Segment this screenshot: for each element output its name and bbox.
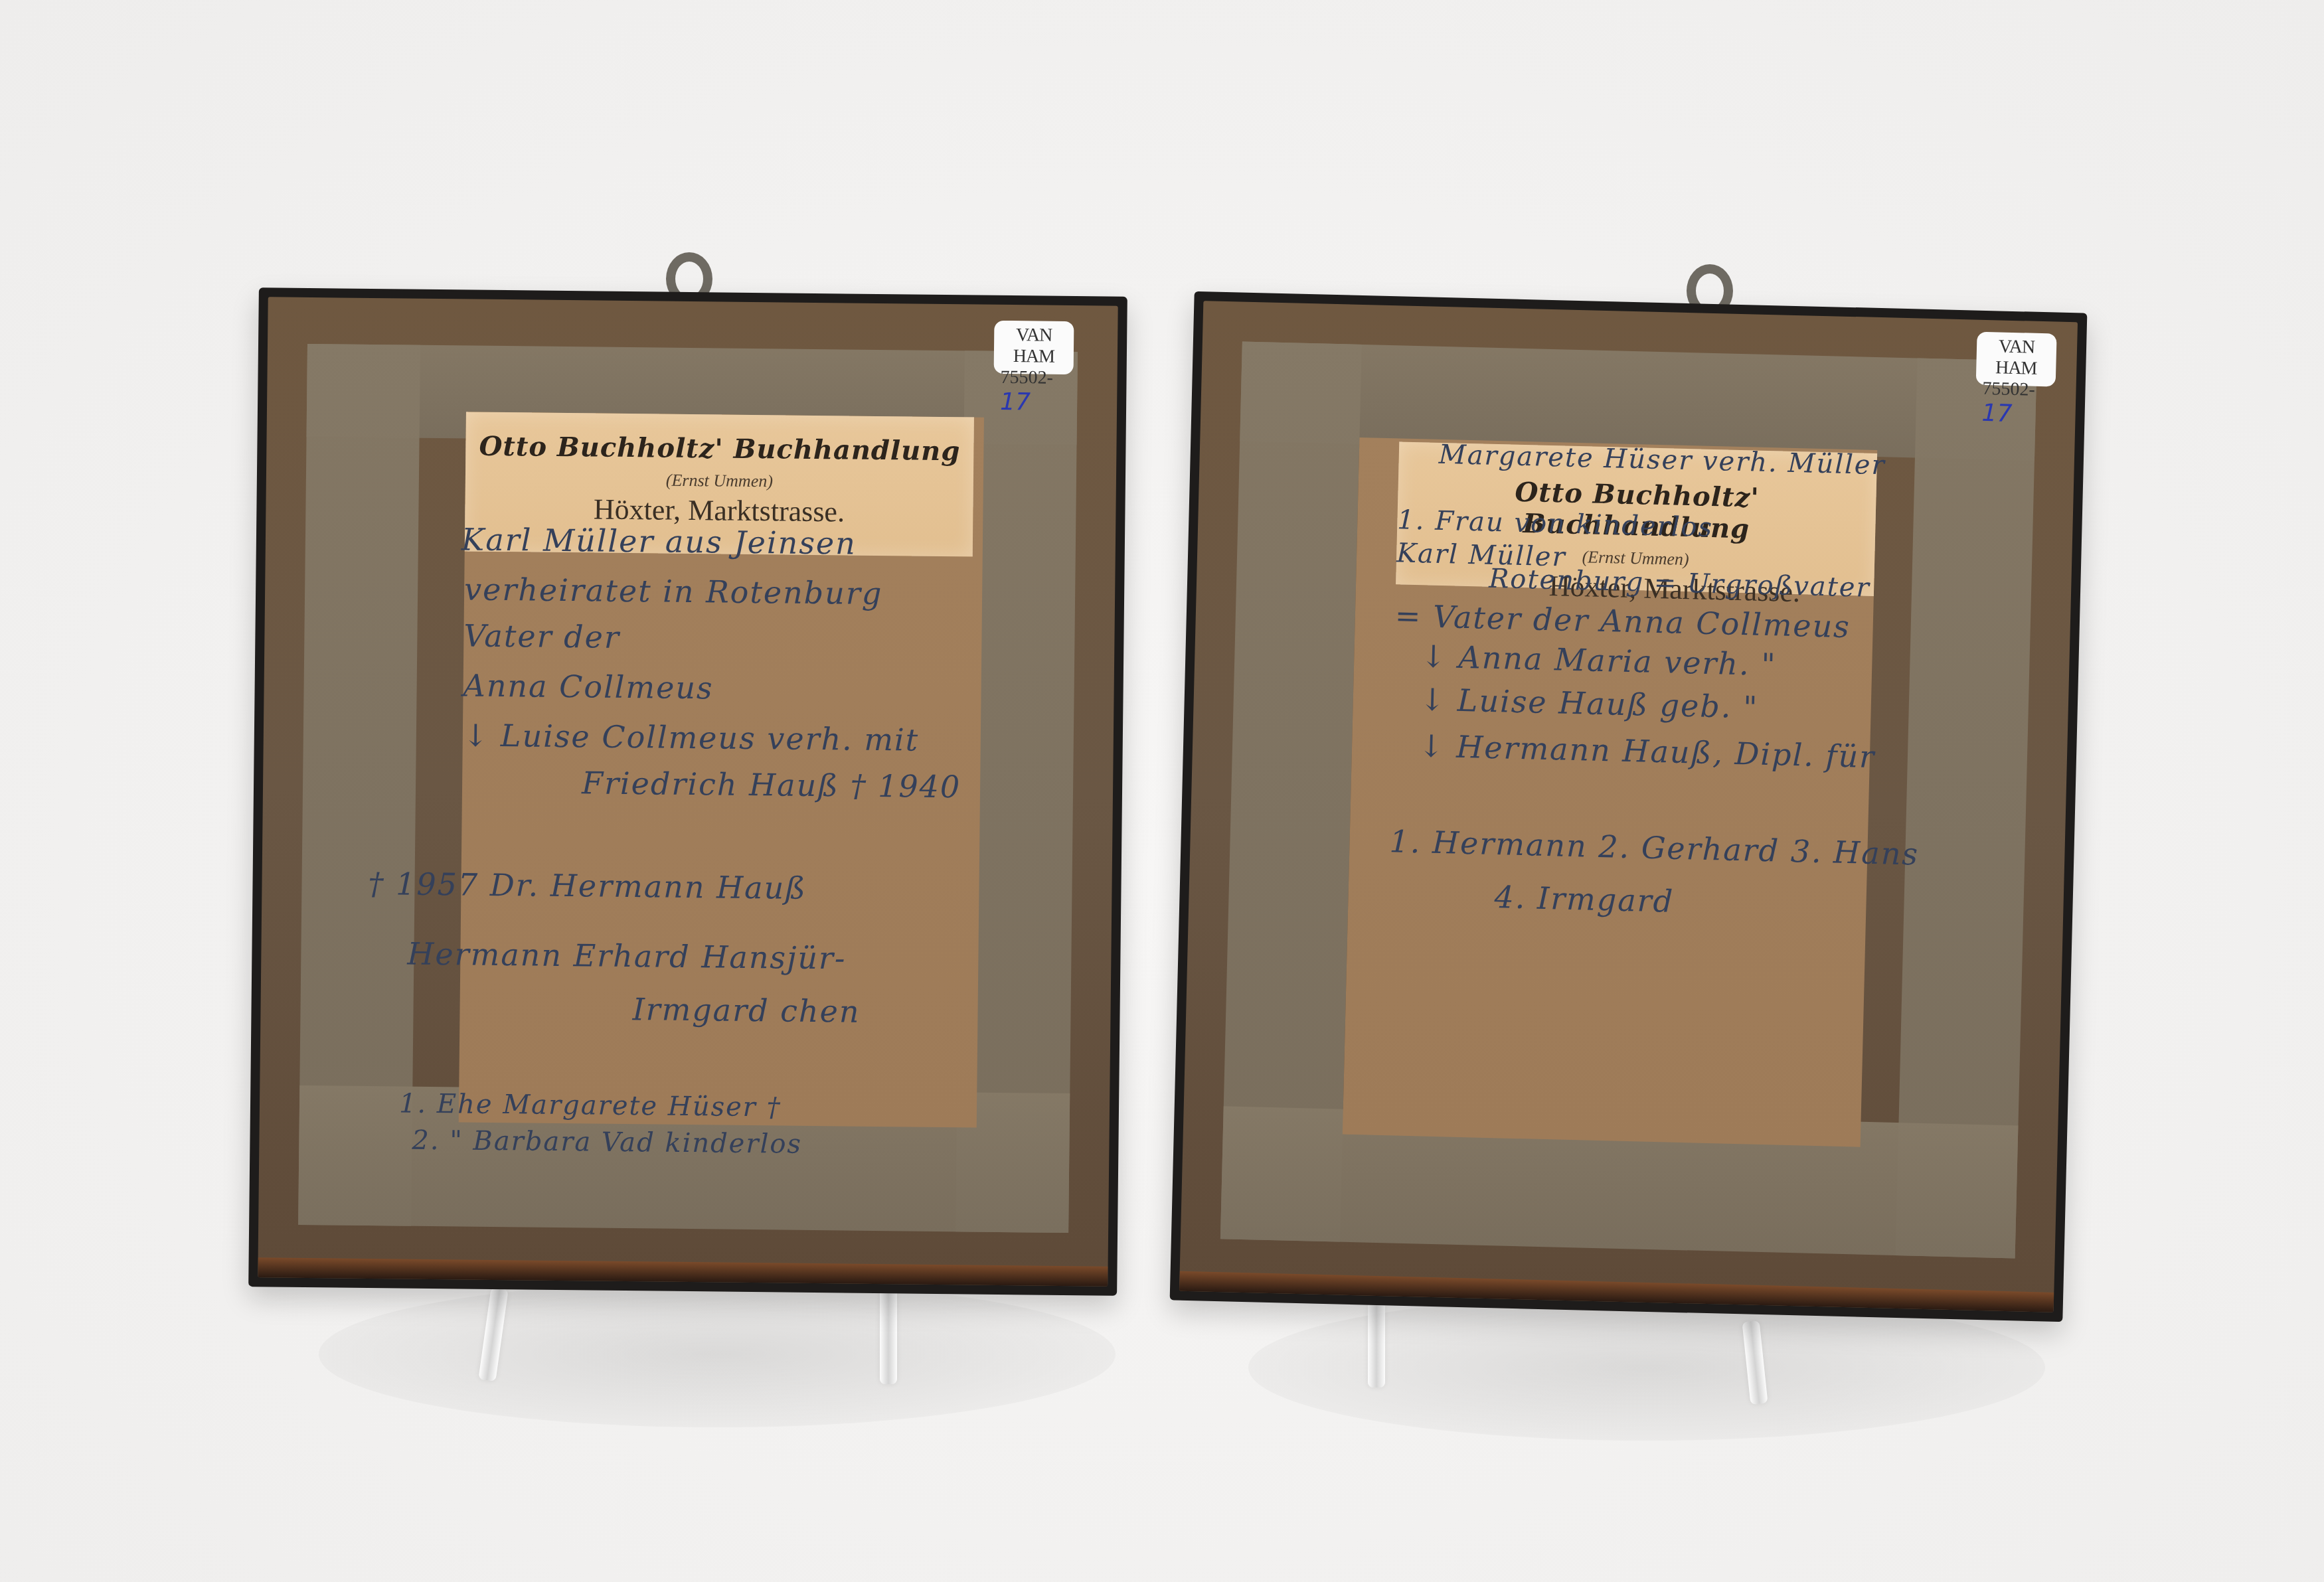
sticker-sale-number: 75502- [1000,367,1053,388]
frame-right: Otto Buchholtz' Buchhandlung (Ernst Umme… [1170,291,2088,1322]
sticker-house: VAN HAM [1001,325,1068,368]
handwriting-line: verheiratet in Rotenburg [464,571,883,611]
stand-shadow-left [319,1281,1116,1427]
handwriting-line: Vater der [463,617,620,655]
handwriting-line: Irmgard chen [632,991,860,1030]
handwriting-line: Friedrich Hauß † 1940 [582,765,961,805]
sticker-house: VAN HAM [1983,336,2050,380]
handwriting-line: Hermann Erhard Hansjür- [407,936,847,977]
shop-name: Otto Buchholtz' Buchhandlung [465,430,973,467]
handwriting-line: 4. Irmgard [1494,879,1675,919]
sticker-sale-number: 75502- [1982,378,2035,400]
handwriting-line: 1. Ehe Margarete Hüser † [399,1088,782,1123]
frame-back-right: Otto Buchholtz' Buchhandlung (Ernst Umme… [1179,301,2078,1312]
sticker-lot-number: 17 [1000,388,1031,416]
handwriting-line: 2. " Barbara Vad kinderlos [412,1125,802,1160]
acrylic-stand-right-1 [1368,1301,1385,1387]
sticker-lot-number: 17 [1981,400,2013,428]
shop-owner: (Ernst Ummen) [465,468,973,493]
frame-edge-wear [258,1257,1108,1286]
auction-lot-sticker: VAN HAM 75502-17 [994,321,1074,374]
acrylic-stand-left-2 [880,1288,897,1384]
handwriting-line: ↓ Luise Collmeus verh. mit [463,717,920,757]
auction-lot-sticker: VAN HAM 75502-17 [1976,332,2057,387]
handwriting-line: Anna Collmeus [463,667,713,706]
frame-left: Otto Buchholtz' Buchhandlung (Ernst Umme… [248,287,1127,1296]
frame-back-left: Otto Buchholtz' Buchhandlung (Ernst Umme… [258,297,1118,1286]
handwriting-line: † 1957 Dr. Hermann Hauß [368,866,807,906]
handwriting-line: Karl Müller aus Jeinsen [461,521,857,561]
